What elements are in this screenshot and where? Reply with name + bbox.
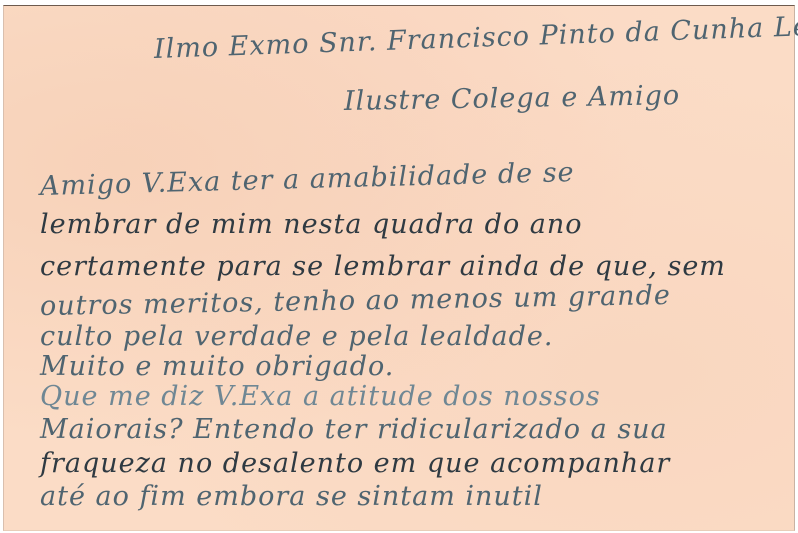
body-line-3: certamente para se lembrar ainda de que,…: [40, 251, 726, 282]
header-line-addressee: Ilmo Exmo Snr. Francisco Pinto da Cunha …: [153, 10, 798, 65]
body-line-4: outros meritos, tenho ao menos um grande: [40, 280, 671, 322]
body-line-6: Muito e muito obrigado.: [40, 351, 394, 382]
body-line-1: Amigo V.Exa ter a amabilidade de se: [40, 157, 575, 202]
body-line-8: Maiorais? Entendo ter ridicularizado a s…: [40, 414, 668, 445]
body-line-5: culto pela verdade e pela lealdade.: [40, 321, 554, 352]
body-line-9: fraqueza no desalento em que acompanhar: [40, 448, 670, 479]
body-line-2: lembrar de mim nesta quadra do ano: [40, 209, 583, 240]
postcard: Ilmo Exmo Snr. Francisco Pinto da Cunha …: [3, 5, 795, 531]
header-line-greeting: Ilustre Colega e Amigo: [344, 80, 681, 117]
body-line-10: até ao fim embora se sintam inutil: [40, 481, 543, 512]
body-line-7: Que me diz V.Exa a atitude dos nossos: [40, 381, 601, 412]
